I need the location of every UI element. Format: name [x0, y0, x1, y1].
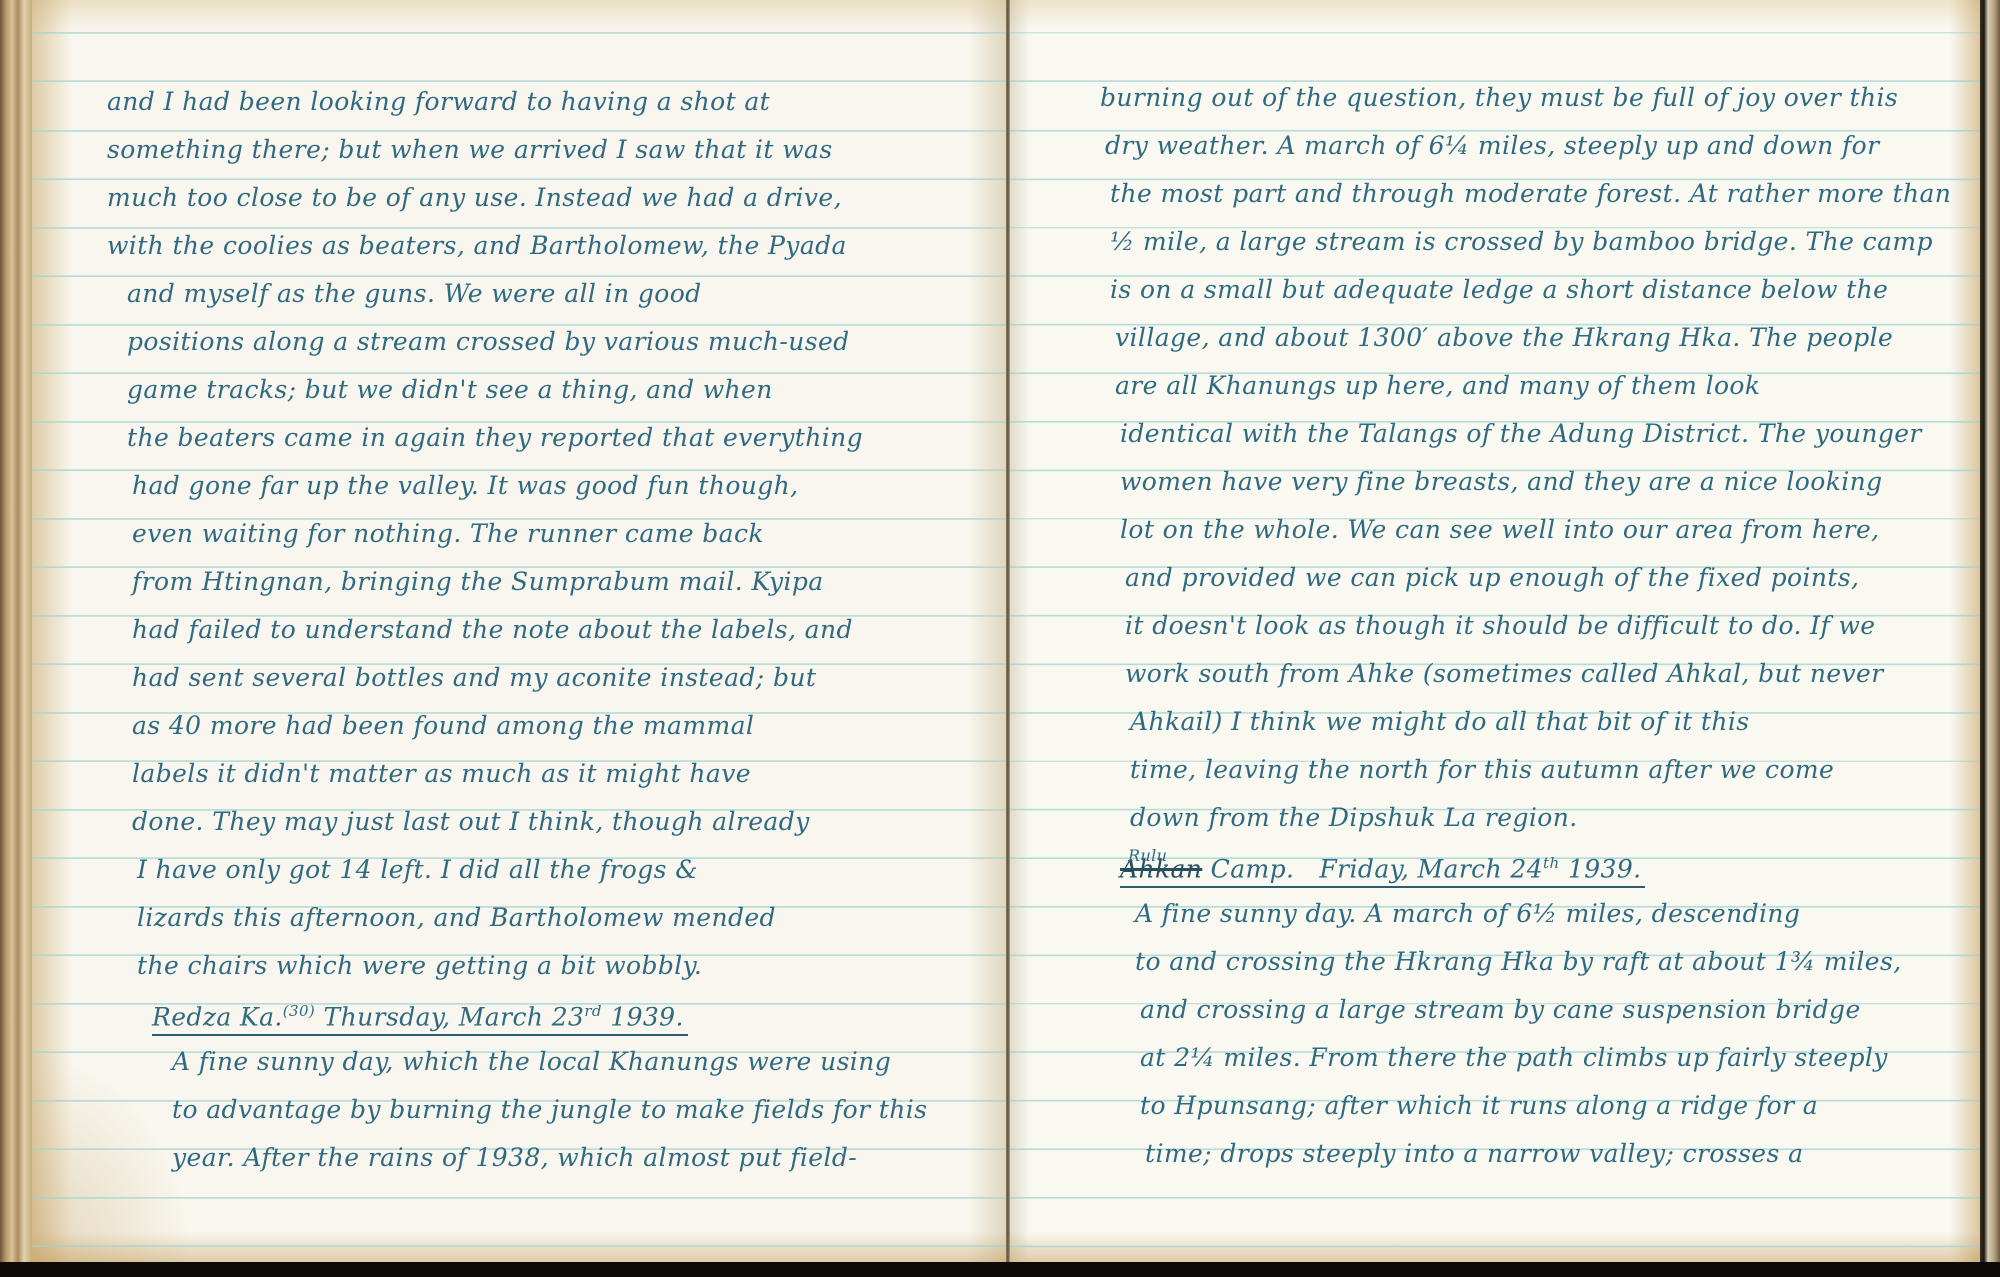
left-page: and I had been looking forward to having…: [32, 0, 1008, 1262]
text-line: positions along a stream crossed by vari…: [32, 322, 1008, 370]
text-line: to advantage by burning the jungle to ma…: [32, 1090, 1008, 1138]
page-edges-left: [0, 0, 32, 1262]
text-line: it doesn't look as though it should be d…: [1010, 606, 1980, 654]
entry-heading: Rulu Ahkan Camp. Friday, March 24th 1939…: [1010, 846, 1980, 894]
text-line: identical with the Talangs of the Adung …: [1010, 414, 1980, 462]
text-line: even waiting for nothing. The runner cam…: [32, 514, 1008, 562]
text-line: labels it didn't matter as much as it mi…: [32, 754, 1008, 802]
entry-place: Redza Ka.: [152, 1002, 283, 1031]
right-page: burning out of the question, they must b…: [1010, 0, 1980, 1262]
text-line: lizards this afternoon, and Bartholomew …: [32, 898, 1008, 946]
text-line: to Hpunsang; after which it runs along a…: [1010, 1086, 1980, 1134]
entry-year: 1939.: [1568, 854, 1642, 883]
text-line: and I had been looking forward to having…: [32, 82, 1008, 130]
text-line: with the coolies as beaters, and Barthol…: [32, 226, 1008, 274]
text-line: to and crossing the Hkrang Hka by raft a…: [1010, 942, 1980, 990]
text-line: A fine sunny day. A march of 6½ miles, d…: [1010, 894, 1980, 942]
entry-heading-underlined: Redza Ka.(30) Thursday, March 23rd 1939.: [152, 994, 688, 1036]
text-line: had failed to understand the note about …: [32, 610, 1008, 658]
entry-date: Thursday, March 23: [324, 1002, 585, 1031]
text-line: I have only got 14 left. I did all the f…: [32, 850, 1008, 898]
text-line: game tracks; but we didn't see a thing, …: [32, 370, 1008, 418]
background-shadow: [0, 1262, 2000, 1277]
text-line: village, and about 1300′ above the Hkran…: [1010, 318, 1980, 366]
entry-date: Friday, March 24: [1319, 854, 1543, 883]
text-line: Ahkail) I think we might do all that bit…: [1010, 702, 1980, 750]
entry-place: Camp.: [1211, 854, 1295, 883]
text-line: women have very fine breasts, and they a…: [1010, 462, 1980, 510]
entry-heading-underlined: Ahkan Camp. Friday, March 24th 1939.: [1120, 846, 1645, 888]
correction-insert: Rulu: [1128, 836, 1167, 876]
text-line: A fine sunny day, which the local Khanun…: [32, 1042, 1008, 1090]
text-line: are all Khanungs up here, and many of th…: [1010, 366, 1980, 414]
text-line: and crossing a large stream by cane susp…: [1010, 990, 1980, 1038]
text-line: time, leaving the north for this autumn …: [1010, 750, 1980, 798]
text-line: burning out of the question, they must b…: [1010, 78, 1980, 126]
text-line: as 40 more had been found among the mamm…: [32, 706, 1008, 754]
text-line: lot on the whole. We can see well into o…: [1010, 510, 1980, 558]
text-line: the beaters came in again they reported …: [32, 418, 1008, 466]
text-line: dry weather. A march of 6¼ miles, steepl…: [1010, 126, 1980, 174]
open-notebook: and I had been looking forward to having…: [0, 0, 2000, 1262]
text-line: is on a small but adequate ledge a short…: [1010, 270, 1980, 318]
text-line: work south from Ahke (sometimes called A…: [1010, 654, 1980, 702]
text-line: done. They may just last out I think, th…: [32, 802, 1008, 850]
text-line: something there; but when we arrived I s…: [32, 130, 1008, 178]
entry-date-suffix: rd: [584, 1002, 602, 1020]
entry-heading: Redza Ka.(30) Thursday, March 23rd 1939.: [32, 994, 1008, 1042]
text-line: at 2¼ miles. From there the path climbs …: [1010, 1038, 1980, 1086]
entry-footnote-ref: (30): [283, 1002, 315, 1020]
entry-date-suffix: th: [1543, 854, 1560, 872]
text-line: and myself as the guns. We were all in g…: [32, 274, 1008, 322]
entry-year: 1939.: [610, 1002, 684, 1031]
page-edges-right: [1980, 0, 2000, 1262]
text-line: much too close to be of any use. Instead…: [32, 178, 1008, 226]
text-line: the chairs which were getting a bit wobb…: [32, 946, 1008, 994]
right-page-text: burning out of the question, they must b…: [1010, 78, 1980, 1182]
text-line: year. After the rains of 1938, which alm…: [32, 1138, 1008, 1186]
text-line: time; drops steeply into a narrow valley…: [1010, 1134, 1980, 1182]
text-line: ½ mile, a large stream is crossed by bam…: [1010, 222, 1980, 270]
text-line: had sent several bottles and my aconite …: [32, 658, 1008, 706]
text-line: had gone far up the valley. It was good …: [32, 466, 1008, 514]
text-line: and provided we can pick up enough of th…: [1010, 558, 1980, 606]
left-page-text: and I had been looking forward to having…: [32, 82, 1008, 1186]
text-line: the most part and through moderate fores…: [1010, 174, 1980, 222]
text-line: from Htingnan, bringing the Sumprabum ma…: [32, 562, 1008, 610]
